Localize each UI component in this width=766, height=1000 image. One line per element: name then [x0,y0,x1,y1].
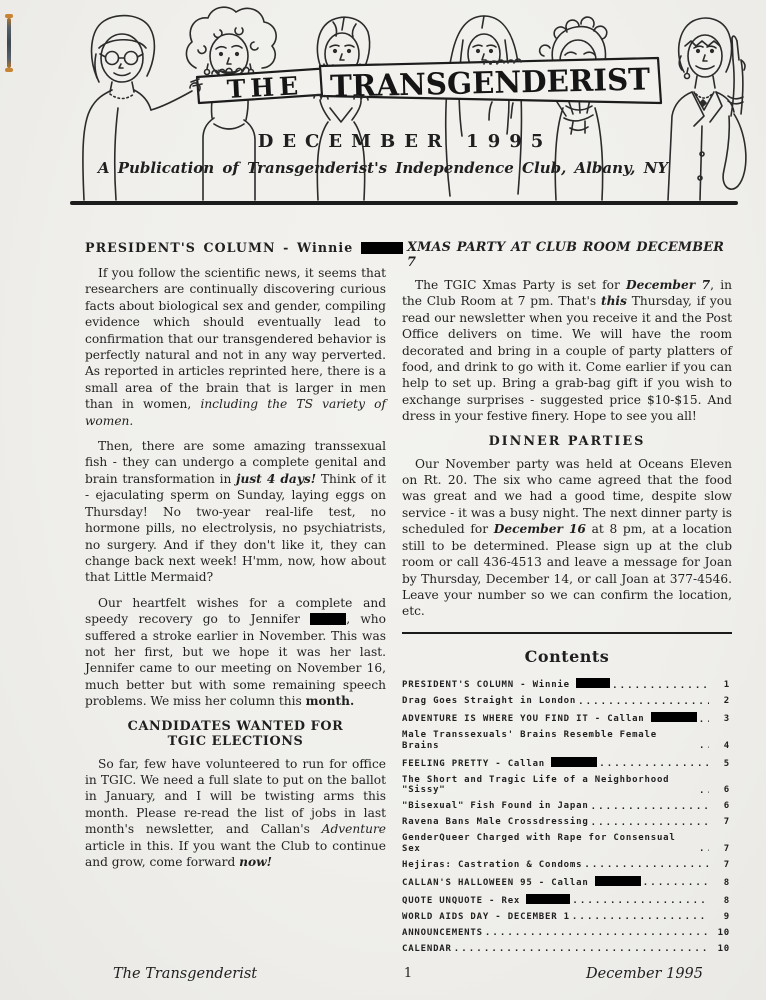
candidates-heading: CANDIDATES WANTED FOR TGIC ELECTIONS [120,719,352,749]
toc-item-label: ANNOUNCEMENTS [402,928,483,939]
toc-page-number: 2 [712,696,730,707]
presidents-paragraph-3: Our heartfelt wishes for a complete and … [85,595,386,710]
toc-leader-dots [699,786,709,796]
left-column: PRESIDENT'S COLUMN - Winnie If you follo… [85,238,386,960]
toc-item-label: GenderQueer Charged with Rape for Consen… [402,833,697,854]
toc-item: ADVENTURE IS WHERE YOU FIND IT - Callan … [402,712,730,725]
toc-item: Drag Goes Straight in London 2 [402,696,730,707]
toc-page-number: 8 [712,896,730,907]
dinner-parties-paragraph-1: Our November party was held at Oceans El… [402,456,732,620]
presidents-column-heading: PRESIDENT'S COLUMN - Winnie [85,240,386,255]
footer-newsletter-title: The Transgenderist [113,966,257,982]
toc-leader-dots [699,844,709,854]
toc-item: WORLD AIDS DAY - DECEMBER 1 9 [402,912,730,923]
footer-page-number: 1 [404,966,412,981]
toc-leader-dots [599,759,709,769]
toc-page-number: 3 [712,714,730,725]
toc-item-label: "Bisexual" Fish Found in Japan [402,801,589,812]
toc-item-label: Male Transsexuals' Brains Resemble Femal… [402,730,697,751]
toc-leader-dots [591,802,709,812]
toc-leader-dots [572,896,709,906]
toc-item-label: CALLAN'S HALLOWEEN 95 - Callan [402,876,641,889]
toc-item-label: Hejiras: Castration & Condoms [402,860,582,871]
toc-item: The Short and Tragic Life of a Neighborh… [402,775,730,796]
toc-item-label: Drag Goes Straight in London [402,696,576,707]
toc-item: CALENDAR 10 [402,944,730,955]
right-column: XMAS PARTY AT CLUB ROOM DECEMBER 7 The T… [402,238,732,960]
candidates-paragraph-1: So far, few have volunteered to run for … [85,756,386,871]
toc-item: Hejiras: Castration & Condoms 7 [402,860,730,871]
toc-leader-dots [699,715,709,725]
toc-page-number: 7 [712,844,730,855]
toc-item-label: ADVENTURE IS WHERE YOU FIND IT - Callan [402,712,697,725]
toc-item: PRESIDENT'S COLUMN - Winnie 1 [402,678,730,691]
toc-page-number: 9 [712,912,730,923]
toc-page-number: 1 [712,680,730,691]
toc-item: Male Transsexuals' Brains Resemble Femal… [402,730,730,751]
toc-page-number: 8 [712,878,730,889]
toc-page-number: 7 [712,860,730,871]
toc-item: Ravena Bans Male Crossdressing 7 [402,817,730,828]
banner-title-the: THE [226,71,304,104]
presidents-paragraph-1: If you follow the scientific news, it se… [85,265,386,429]
toc-page-number: 4 [712,741,730,752]
toc-item: "Bisexual" Fish Found in Japan 6 [402,801,730,812]
xmas-party-paragraph-1: The TGIC Xmas Party is set for December … [402,277,732,425]
contents-divider-rule [402,632,732,635]
toc-item-label: PRESIDENT'S COLUMN - Winnie [402,678,610,691]
banner-title-main: TRANSGENDERIST [330,62,651,104]
toc-item-label: WORLD AIDS DAY - DECEMBER 1 [402,912,570,923]
toc-leader-dots [572,912,709,922]
body-columns: PRESIDENT'S COLUMN - Winnie If you follo… [85,238,732,960]
toc-item-label: Ravena Bans Male Crossdressing [402,817,589,828]
toc-leader-dots [591,818,709,828]
toc-leader-dots [643,878,709,888]
presidents-paragraph-2: Then, there are some amazing transsexual… [85,438,386,586]
toc-item-label: CALENDAR [402,944,452,955]
xmas-party-heading: XMAS PARTY AT CLUB ROOM DECEMBER 7 [402,240,732,270]
footer-issue-date: December 1995 [586,966,703,982]
newsletter-page: THE TRANSGENDERIST DECEMBER 1995 A Publi… [0,0,766,1000]
toc-page-number: 7 [712,817,730,828]
toc-page-number: 10 [712,944,730,955]
toc-item-label: The Short and Tragic Life of a Neighborh… [402,775,697,796]
toc-item-label: QUOTE UNQUOTE - Rex [402,894,570,907]
toc-page-number: 10 [712,928,730,939]
toc-page-number: 5 [712,759,730,770]
page-footer: The Transgenderist 1 December 1995 [85,966,731,982]
dinner-parties-heading: DINNER PARTIES [402,434,732,449]
toc-item: CALLAN'S HALLOWEEN 95 - Callan 8 [402,876,730,889]
toc-leader-dots [485,928,709,938]
toc-item: ANNOUNCEMENTS 10 [402,928,730,939]
issue-date: DECEMBER 1995 [22,131,766,152]
toc-page-number: 6 [712,801,730,812]
contents-title: Contents [402,647,732,666]
toc-leader-dots [584,860,709,870]
toc-item: QUOTE UNQUOTE - Rex 8 [402,894,730,907]
toc-leader-dots [612,681,709,691]
publication-subtitle: A Publication of Transgenderist's Indepe… [0,159,766,177]
toc-item-label: FEELING PRETTY - Callan [402,757,597,770]
table-of-contents: PRESIDENT'S COLUMN - Winnie 1 Drag Goes … [402,678,732,954]
toc-leader-dots [699,741,709,751]
toc-leader-dots [454,944,709,954]
toc-page-number: 6 [712,785,730,796]
toc-leader-dots [578,697,709,707]
masthead-divider-rule [70,201,738,205]
toc-item: GenderQueer Charged with Rape for Consen… [402,833,730,854]
toc-item: FEELING PRETTY - Callan 5 [402,757,730,770]
